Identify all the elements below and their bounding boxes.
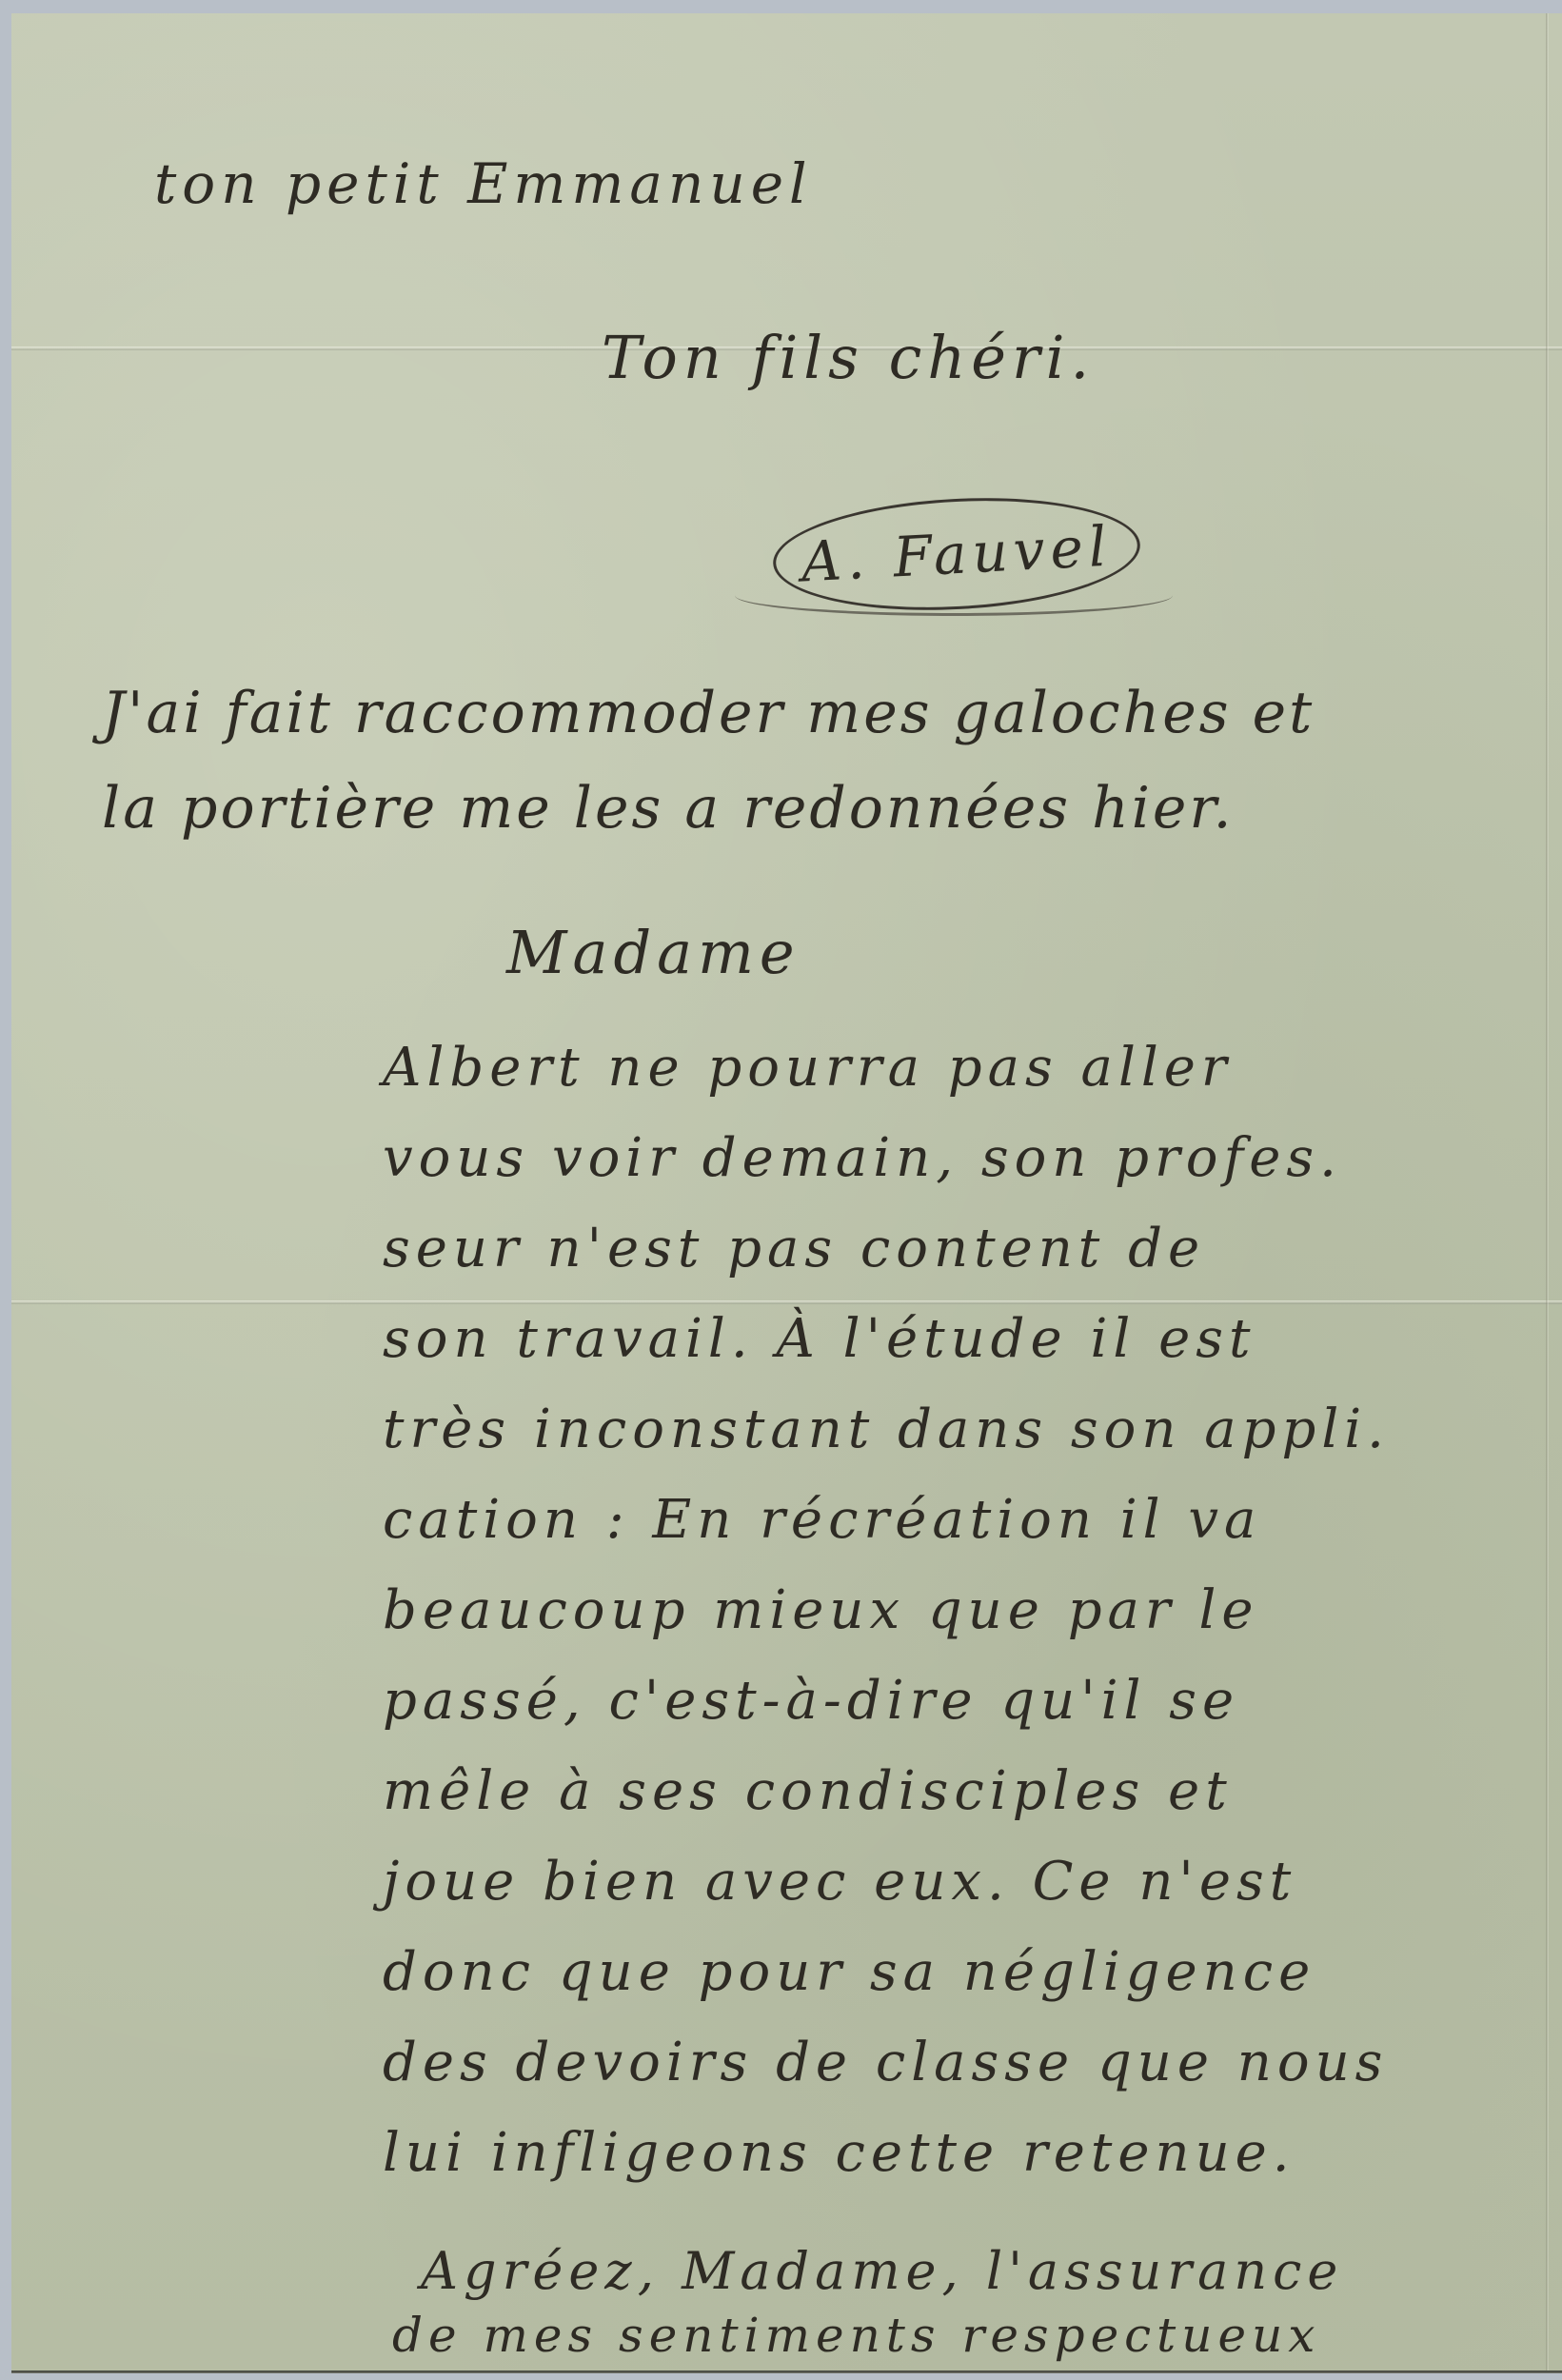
closing-line: de mes sentiments respectueux bbox=[392, 2308, 1320, 2363]
body-line: son travail. À l'étude il est bbox=[383, 1308, 1256, 1370]
body-line: Albert ne pourra pas aller bbox=[383, 1037, 1233, 1099]
body-line: joue bien avec eux. Ce n'est bbox=[383, 1851, 1296, 1913]
body-line: mêle à ses condisciples et bbox=[383, 1760, 1233, 1822]
closing-line: Agréez, Madame, l'assurance bbox=[421, 2241, 1343, 2301]
signature-flourish bbox=[735, 575, 1173, 616]
salutation: Madame bbox=[506, 918, 801, 987]
body-line: cation : En récréation il va bbox=[383, 1489, 1261, 1551]
body-line: très inconstant dans son appli. bbox=[383, 1398, 1390, 1460]
letter-paper: ton petit Emmanuel Ton fils chéri. A. Fa… bbox=[11, 13, 1562, 2372]
postscript-line-2: la portière me les a redonnées hier. bbox=[102, 775, 1235, 842]
body-line: des devoirs de classe que nous bbox=[383, 2032, 1388, 2093]
postscript-line-1: J'ai fait raccommoder mes galoches et bbox=[102, 680, 1315, 746]
top-note-line-1: ton petit Emmanuel bbox=[154, 151, 813, 216]
fold-crease bbox=[11, 1300, 1562, 1304]
body-line: beaucoup mieux que par le bbox=[383, 1579, 1259, 1641]
body-line: donc que pour sa négligence bbox=[383, 1941, 1315, 2003]
top-note-line-2: Ton fils chéri. bbox=[602, 323, 1095, 392]
body-line: vous voir demain, son profes. bbox=[383, 1127, 1342, 1189]
body-line: seur n'est pas content de bbox=[383, 1218, 1205, 1279]
fold-crease-vertical bbox=[1546, 13, 1549, 2370]
body-line: lui infligeons cette retenue. bbox=[383, 2122, 1295, 2184]
body-line: passé, c'est-à-dire qu'il se bbox=[383, 1670, 1239, 1732]
